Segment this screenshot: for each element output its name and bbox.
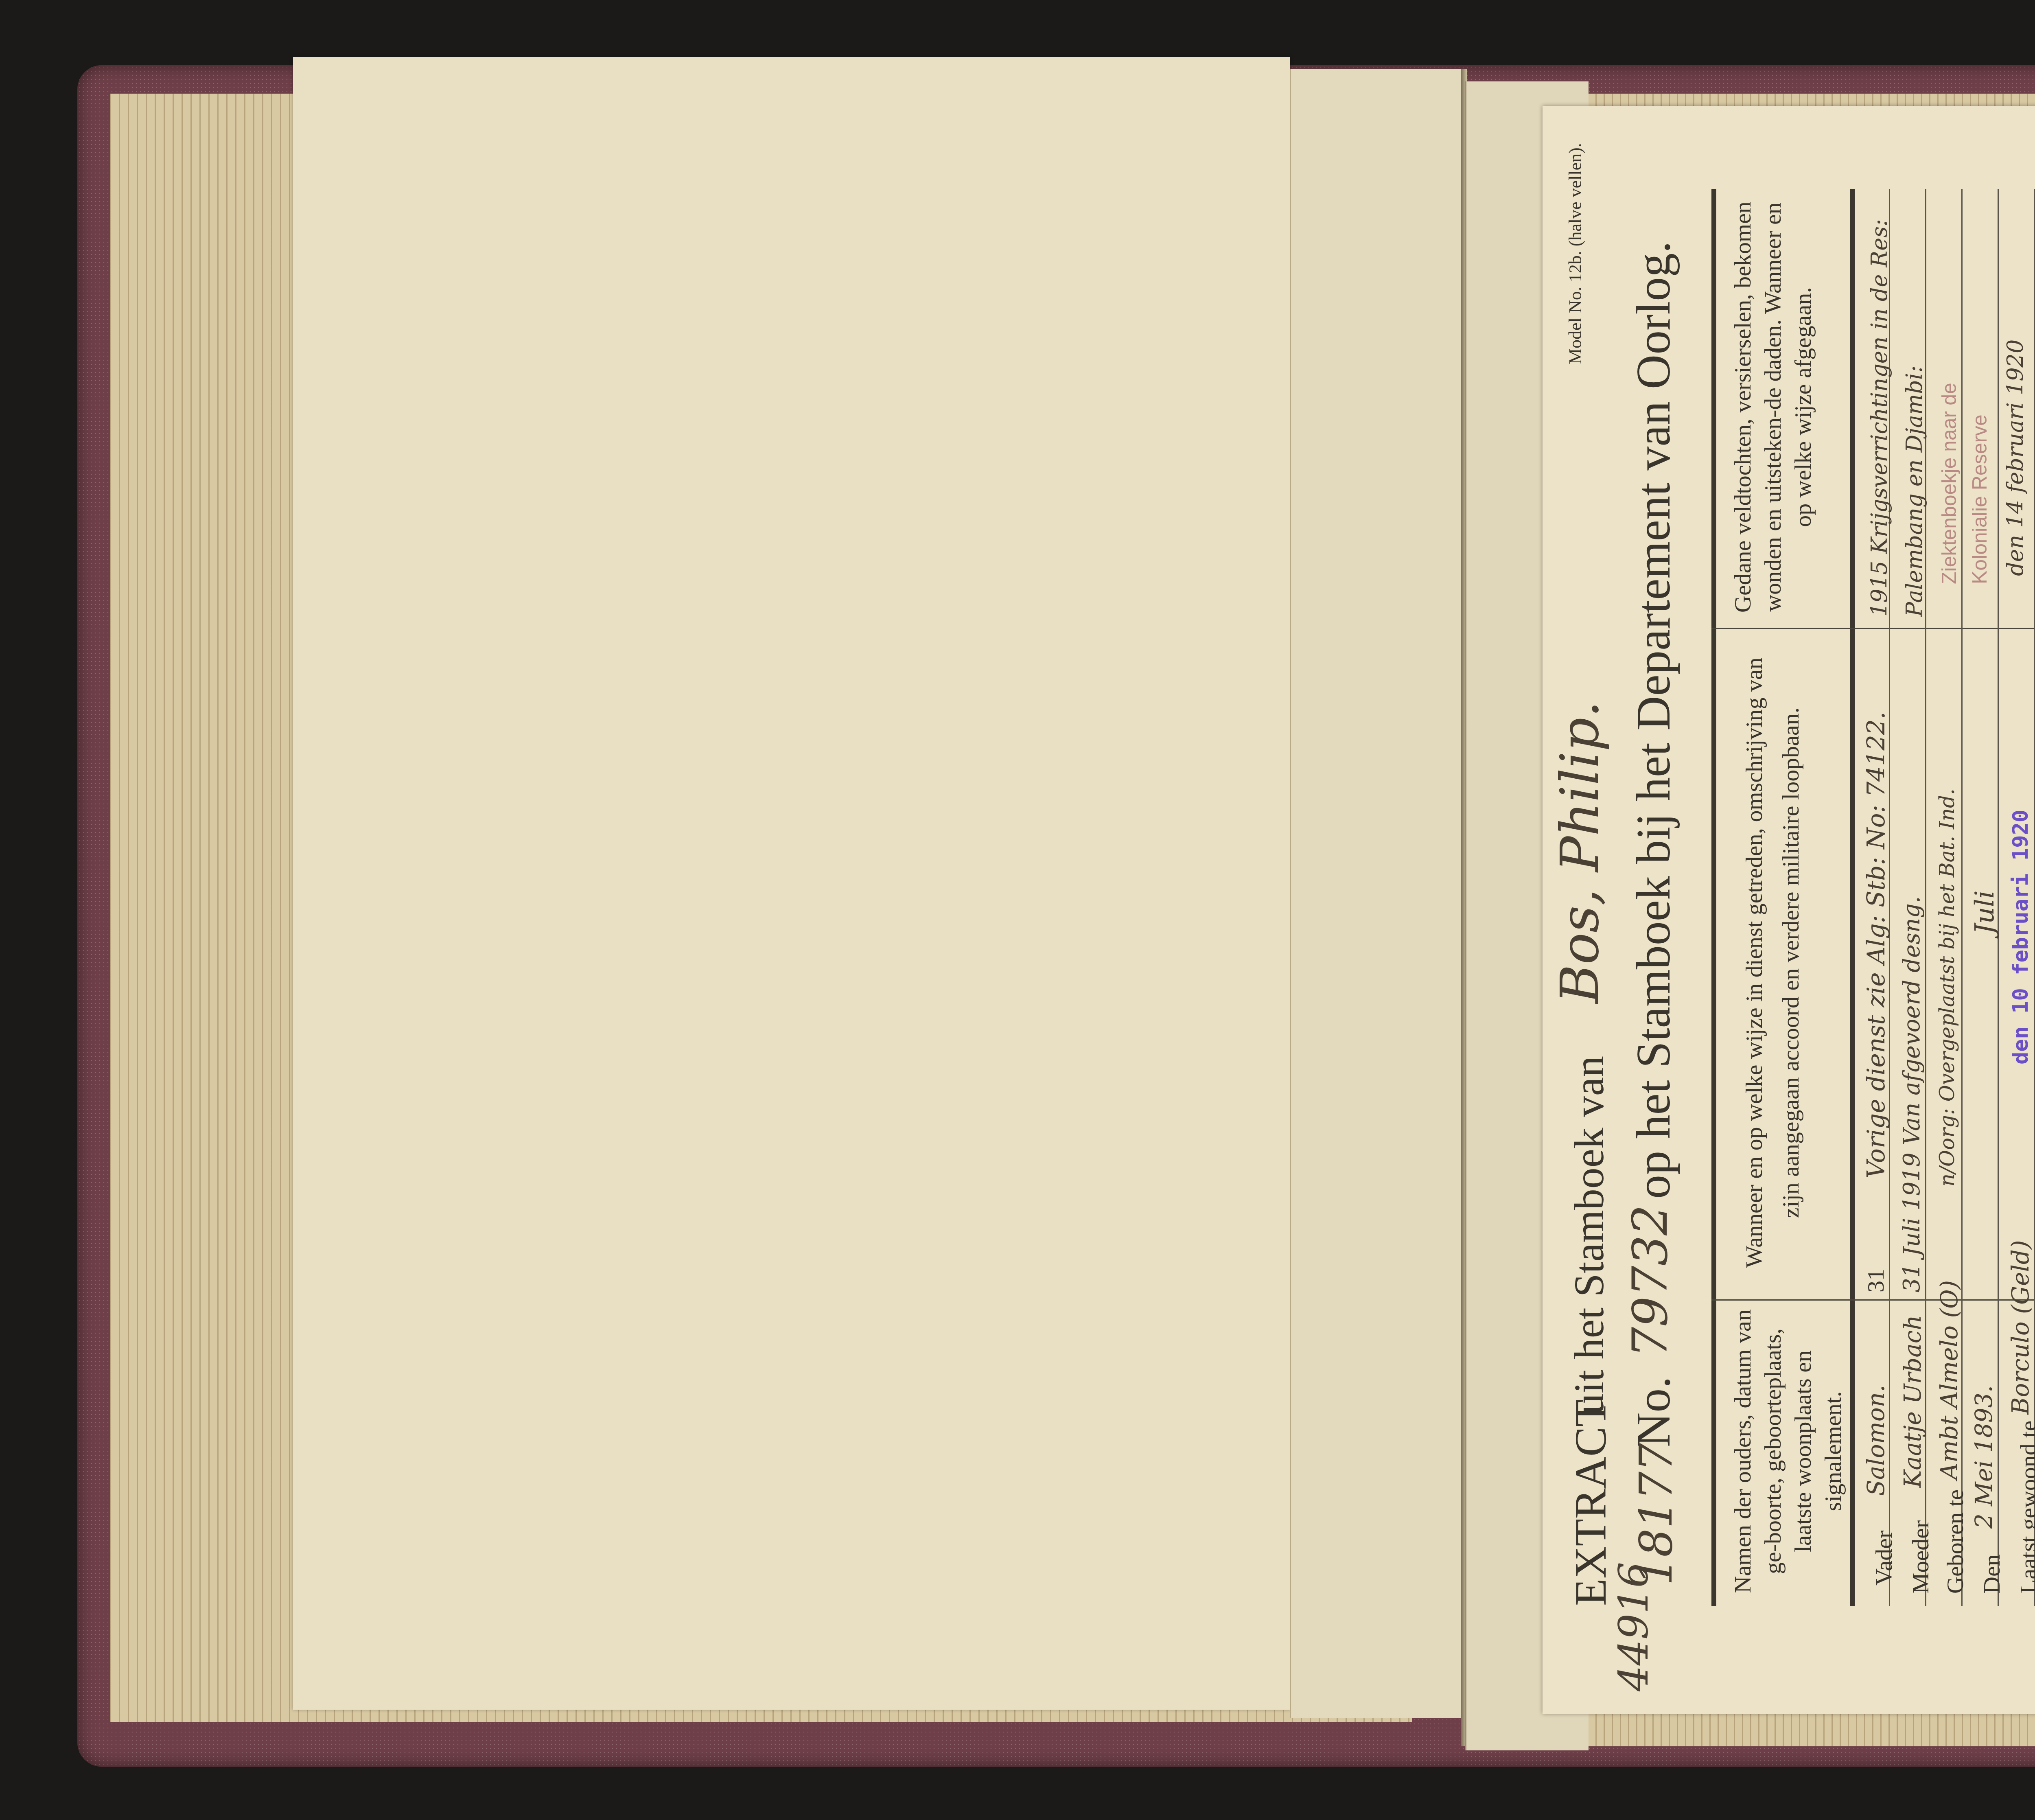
col2-header: Wanneer en op welke wijze in dienst getr… [1736, 637, 1809, 1288]
title-middle: uit het Stamboek van [1565, 1056, 1613, 1415]
moeder-label: Moeder [1907, 1520, 1934, 1594]
vader-value: Salomon. [1862, 1385, 1890, 1496]
campaign-stamp: Ziektenboekje naar de [1937, 383, 1961, 584]
campaign-stamp: Kolonialie Reserve [1968, 414, 1991, 584]
den-value: 2 Mei 1893. [1970, 1385, 1998, 1529]
den-label: Den [1978, 1554, 2005, 1594]
campaign-entry: 1915 Krijgsverrichtingen in de Res: Pale… [1862, 201, 1932, 617]
geboren-value: Ambt Almelo (O) [1935, 1280, 1963, 1480]
career-entry: n/Oorg: Overgeplaatst bij het Bat. Ind. [1935, 788, 1959, 1187]
laatst-gewoond-value: Borculo (Geld) [2007, 1240, 2034, 1415]
col3-header: Gedane veldtochten, versierselen, bekome… [1728, 197, 1818, 617]
career-entry: Vorige dienst zie Alg: Stb: No: 74122. [1862, 712, 1891, 1178]
career-entry: Juli [1970, 890, 2000, 934]
number-value: 79732 [1622, 1205, 1678, 1358]
subject-name: Bos, Philip. [1549, 701, 1610, 1003]
col1-header: Namen der ouders, datum van ge-boorte, g… [1728, 1305, 1848, 1598]
stamboek-extract-form: Model No. 12b. (halve vellen). 44916 EXT… [1549, 112, 2035, 1708]
geboren-label: Geboren te [1941, 1489, 1969, 1594]
number-suffix: op het Stamboek bij het Departement van … [1626, 241, 1681, 1199]
career-entry: 31 Juli 1919 Van afgevoerd desng. [1899, 896, 1925, 1292]
number-label: No. [1626, 1376, 1681, 1447]
career-stamp: den 10 februari 1920 [2009, 810, 2033, 1064]
table-top-border [1711, 189, 1716, 1606]
moeder-value: Kaatje Urbach [1899, 1315, 1926, 1488]
model-number: Model No. 12b. (halve vellen). [1565, 143, 1586, 364]
career-day: 31 [1862, 1269, 1889, 1292]
title-extract: EXTRACT [1565, 1399, 1617, 1606]
blank-left-page [293, 57, 1290, 1710]
vader-label: Vader [1870, 1531, 1897, 1586]
register-number: 18177 [1630, 1443, 1682, 1586]
campaign-entry: den 14 februari 1920 [2002, 339, 2028, 576]
laatst-gewoond-label: Laatst gewoond te [2015, 1421, 2035, 1594]
gutter-left [1290, 69, 1466, 1718]
